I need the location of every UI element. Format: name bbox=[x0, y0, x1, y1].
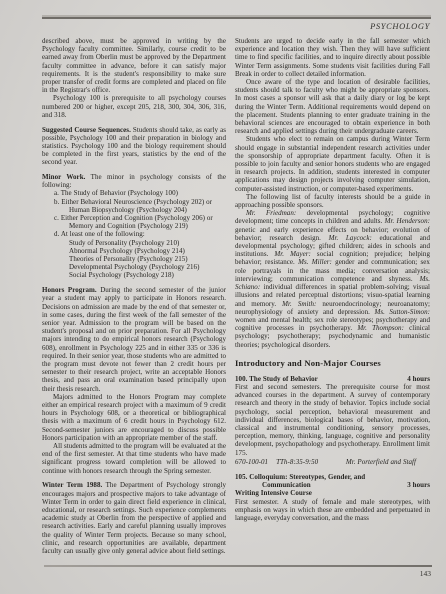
bottom-rule bbox=[44, 565, 432, 567]
course-schedule: 670-100-01TTh-8:35-9:50Mr. Porterfield a… bbox=[235, 458, 430, 466]
paragraph: Developmental Psychology (Psychology 216… bbox=[42, 263, 226, 271]
paragraph: c. Either Perception and Cognition (Psyc… bbox=[42, 214, 226, 230]
italic-run: Mr. Mayer: bbox=[274, 250, 311, 258]
text-run: During the second semester of the junior… bbox=[42, 286, 226, 392]
text-run: Social Psychology (Psychology 218) bbox=[69, 271, 174, 279]
course-title: 105. Colloquium: Stereotypes, Gender, an… bbox=[235, 473, 401, 481]
paragraph: All students admitted to the program wil… bbox=[42, 442, 226, 475]
paragraph: d. At least one of the following: bbox=[42, 230, 226, 238]
text-run: c. Either Perception and Cognition (Psyc… bbox=[54, 214, 213, 230]
bold-lead: Honors Program. bbox=[42, 286, 97, 294]
text-run: Theories of Personality (Psychology 215) bbox=[69, 255, 188, 263]
italic-run: Mr. Laycock: bbox=[329, 234, 372, 242]
course-description: First semester. A study of female and ma… bbox=[235, 498, 430, 523]
italic-run: Ms. Sutton-Simon: bbox=[374, 308, 430, 316]
text-run: Once aware of the type and location of d… bbox=[235, 78, 430, 135]
course-section-number: 670-100-01 bbox=[235, 458, 268, 466]
text-run: described above, must be approved in wri… bbox=[42, 37, 226, 94]
text-run: Majors admitted to the Honors Program ma… bbox=[42, 393, 226, 442]
course-header: 100. The Study of Behavior4 hours bbox=[235, 375, 430, 383]
paragraph: b. Either Behavioral Neuroscience (Psych… bbox=[42, 198, 226, 214]
italic-run: Ms. Miller: bbox=[298, 258, 332, 266]
text-run: All students admitted to the program wil… bbox=[42, 442, 226, 475]
course-titles: 105. Colloquium: Stereotypes, Gender, an… bbox=[235, 473, 401, 489]
paragraph: Study of Personality (Psychology 210) bbox=[42, 239, 226, 247]
course-title: 100. The Study of Behavior bbox=[235, 375, 401, 383]
text-run: Developmental Psychology (Psychology 216… bbox=[69, 263, 199, 271]
paragraph: Majors admitted to the Honors Program ma… bbox=[42, 393, 226, 442]
top-rule bbox=[42, 17, 431, 19]
course-instructor: Mr. Porterfield and Staff bbox=[346, 458, 416, 466]
text-run: Psychology 100 is prerequisite to all ps… bbox=[42, 94, 226, 118]
course-titles: 100. The Study of Behavior bbox=[235, 375, 401, 383]
catalog-page: PSYCHOLOGY described above, must be appr… bbox=[0, 0, 446, 594]
italic-run: Mr. Henderson: bbox=[385, 217, 430, 225]
text-run: d. At least one of the following: bbox=[54, 230, 145, 238]
paragraph: Psychology 100 is prerequisite to all ps… bbox=[42, 94, 226, 119]
bold-lead: Suggested Course Sequences. bbox=[42, 126, 131, 134]
italic-run: Mr. Thompson: bbox=[357, 324, 404, 332]
paragraph: Minor Work. The minor in psychology cons… bbox=[42, 173, 226, 189]
text-run: Abnormal Psychology (Psychology 214) bbox=[69, 247, 185, 255]
paragraph: Students are urged to decide early in th… bbox=[235, 37, 430, 78]
course-header: 105. Colloquium: Stereotypes, Gender, an… bbox=[235, 473, 430, 489]
paragraph: Abnormal Psychology (Psychology 214) bbox=[42, 247, 226, 255]
course-description: First and second semesters. The prerequi… bbox=[235, 383, 430, 457]
paragraph: Once aware of the type and location of d… bbox=[235, 78, 430, 135]
paragraph: Theories of Personality (Psychology 215) bbox=[42, 255, 226, 263]
running-head: PSYCHOLOGY bbox=[370, 21, 430, 31]
text-run: Students are urged to decide early in th… bbox=[235, 37, 430, 78]
course-entry: 100. The Study of Behavior4 hoursFirst a… bbox=[235, 375, 430, 466]
section-heading: Introductory and Non-Major Courses bbox=[235, 358, 430, 368]
course-entry: 105. Colloquium: Stereotypes, Gender, an… bbox=[235, 473, 430, 522]
text-columns: described above, must be approved in wri… bbox=[42, 37, 430, 555]
text-run: The Department of Psychology strongly en… bbox=[42, 481, 226, 555]
bold-lead: Winter Term 1988. bbox=[42, 481, 102, 489]
left-column: described above, must be approved in wri… bbox=[42, 37, 226, 555]
italic-run: Mr. Smith: bbox=[282, 300, 316, 308]
paragraph: Suggested Course Sequences. Students sho… bbox=[42, 126, 226, 167]
text-run: a. The Study of Behavior (Psychology 100… bbox=[54, 189, 178, 197]
text-run: Students who elect to remain on campus d… bbox=[235, 135, 430, 192]
course-meeting-time: TTh-8:35-9:50 bbox=[276, 458, 318, 466]
page-number: 143 bbox=[420, 569, 431, 578]
paragraph: Mr. Friedman: developmental psychology; … bbox=[235, 209, 430, 348]
paragraph: Social Psychology (Psychology 218) bbox=[42, 271, 226, 279]
text-run: b. Either Behavioral Neuroscience (Psych… bbox=[54, 198, 212, 214]
italic-run: Mr. Friedman: bbox=[246, 209, 296, 217]
paragraph: described above, must be approved in wri… bbox=[42, 37, 226, 94]
paragraph: Winter Term 1988. The Department of Psyc… bbox=[42, 481, 226, 555]
paragraph: a. The Study of Behavior (Psychology 100… bbox=[42, 189, 226, 197]
text-run: The following list of faculty interests … bbox=[235, 193, 430, 209]
paragraph: Students who elect to remain on campus d… bbox=[235, 135, 430, 192]
course-subtitle: Writing Intensive Course bbox=[235, 489, 430, 497]
right-column: Students are urged to decide early in th… bbox=[235, 37, 430, 555]
course-hours: 3 hours bbox=[407, 481, 430, 489]
course-hours: 4 hours bbox=[407, 375, 430, 383]
course-title: Communication bbox=[235, 481, 401, 489]
bold-lead: Minor Work. bbox=[42, 173, 85, 181]
paragraph: Honors Program. During the second semest… bbox=[42, 286, 226, 393]
text-run: Study of Personality (Psychology 210) bbox=[69, 239, 179, 247]
paragraph: The following list of faculty interests … bbox=[235, 193, 430, 209]
